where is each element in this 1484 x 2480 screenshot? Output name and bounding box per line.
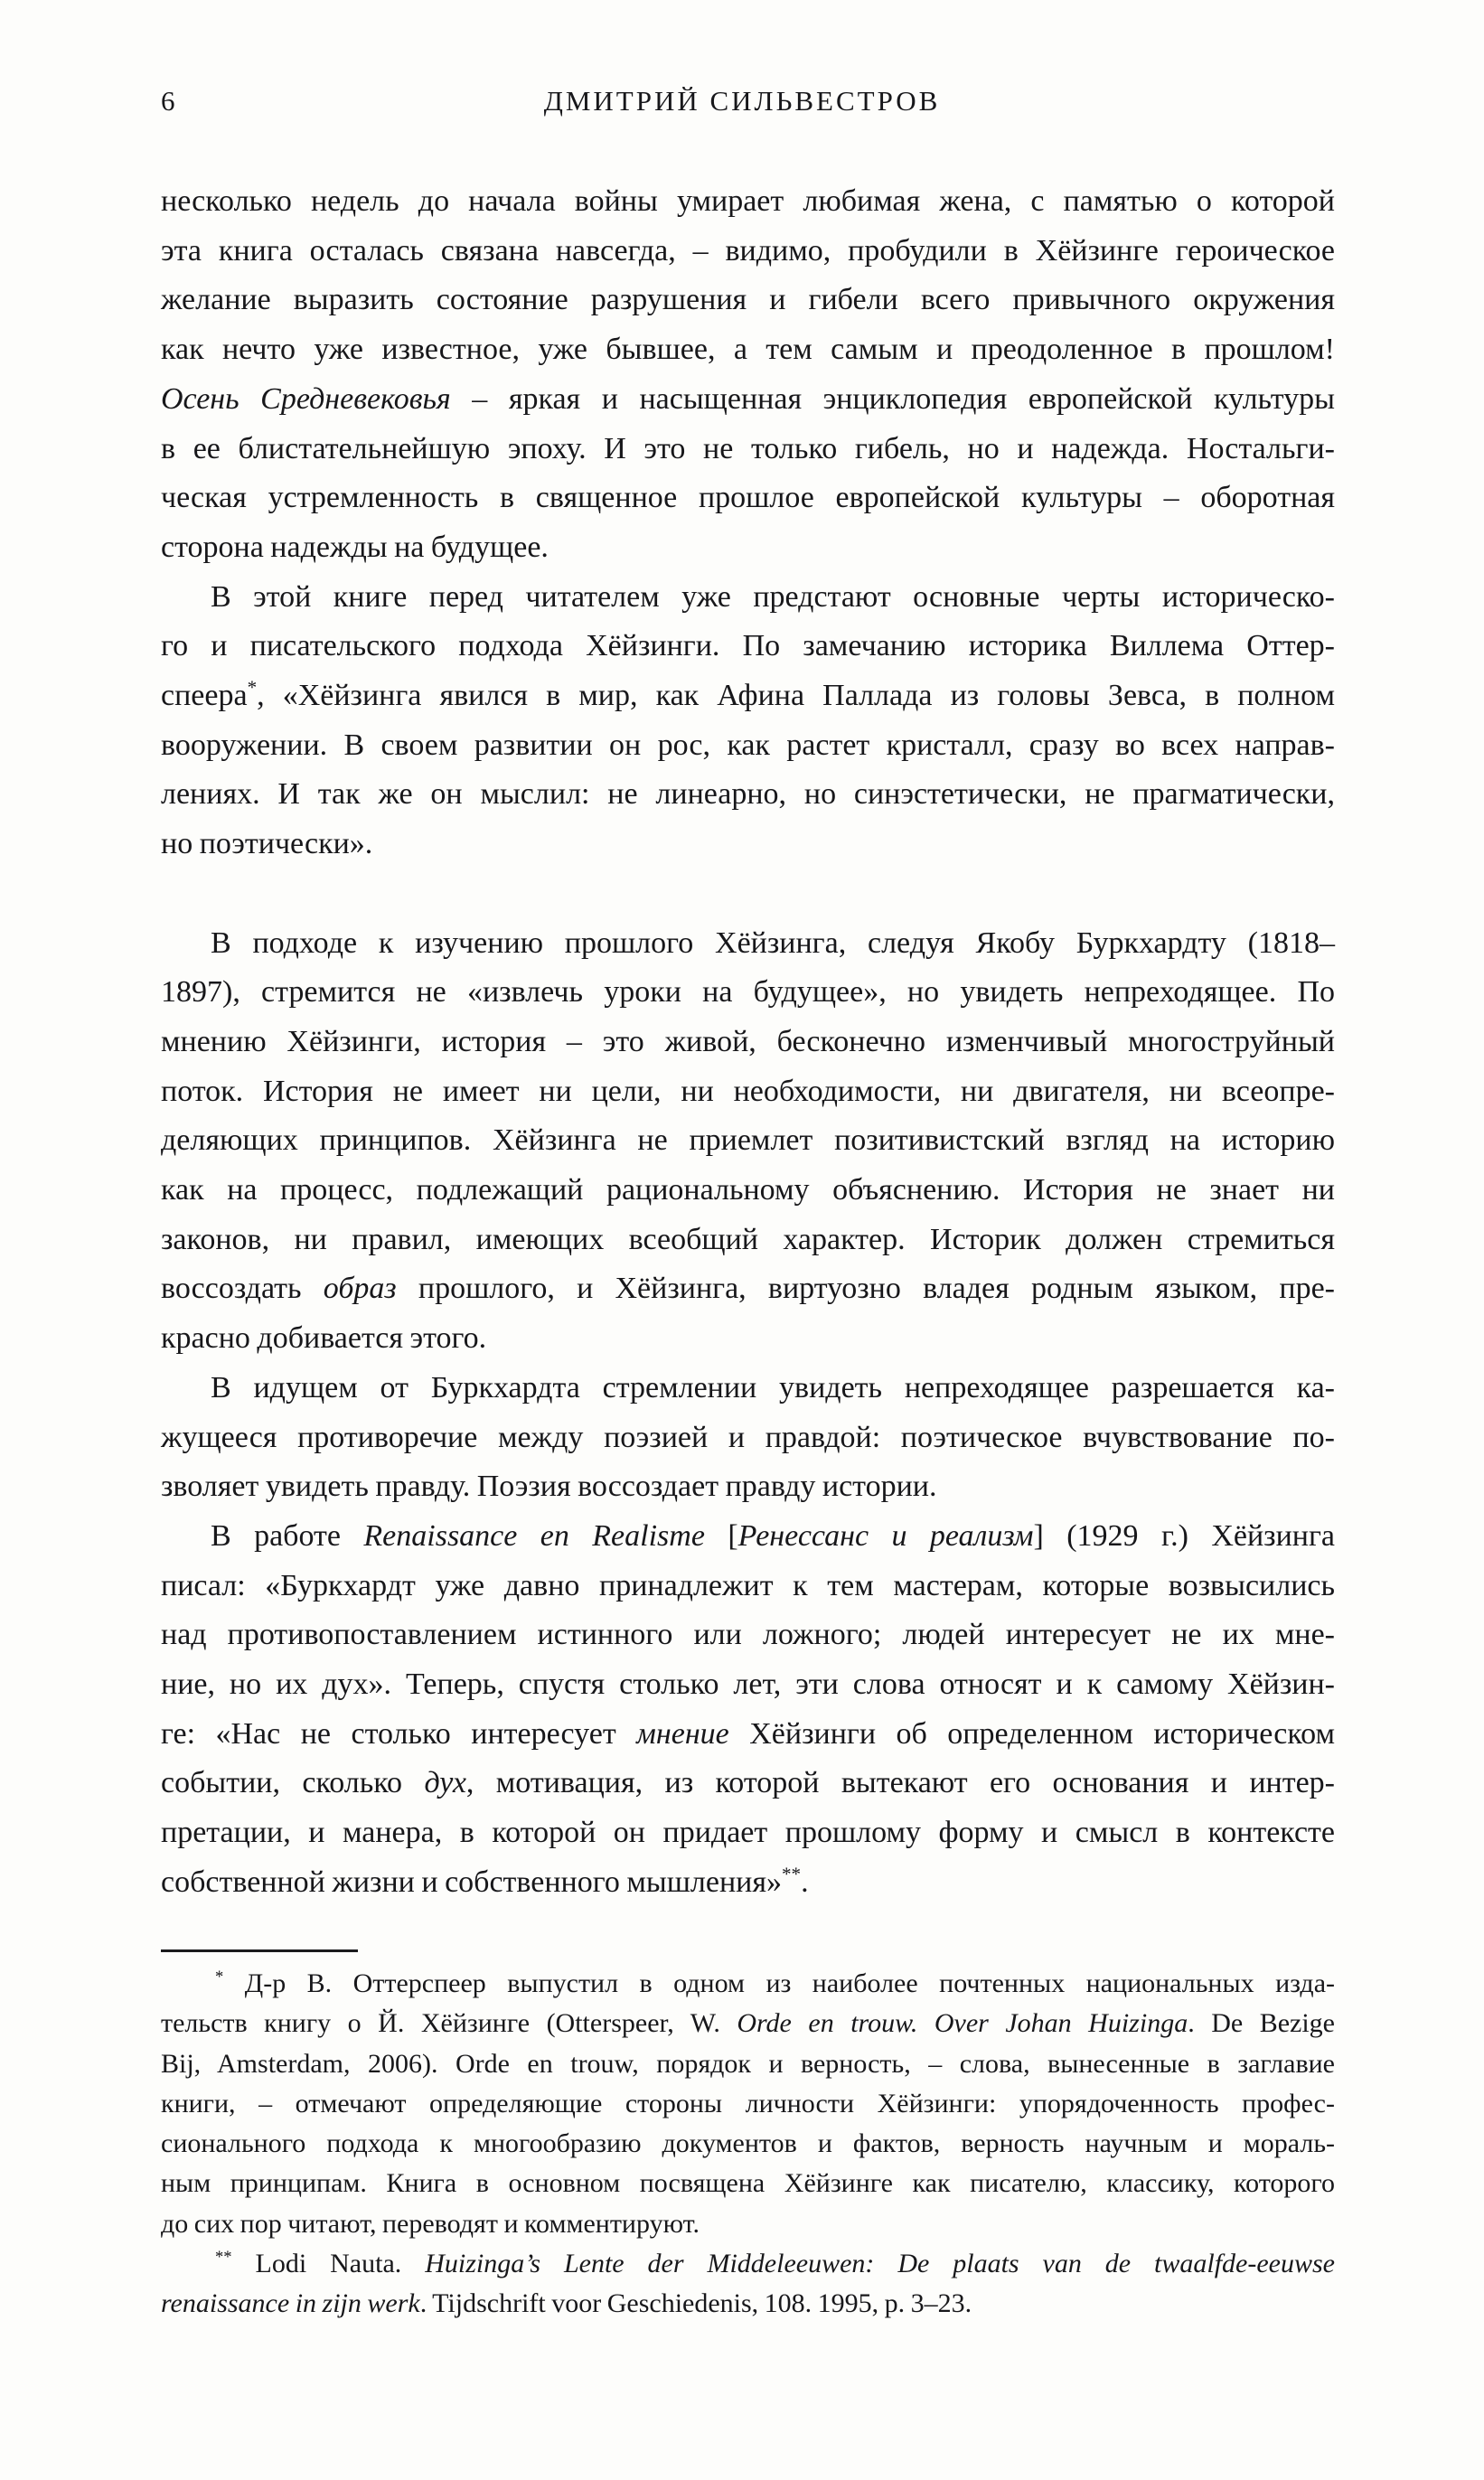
text-segment: дух — [424, 1766, 465, 1799]
text-segment: Huizinga’s Lente der Middeleeuwen: De pl… — [425, 2249, 1335, 2278]
text-line: событии, сколько дух, мотивация, из кото… — [161, 1759, 1335, 1808]
running-head: ДМИТРИЙ СИЛЬВЕСТРОВ — [0, 85, 1484, 117]
text-line: писал: «Буркхардт уже давно принадлежит … — [161, 1562, 1335, 1611]
text-line: несколько недель до начала войны умирает… — [161, 177, 1335, 227]
text-segment: В работе — [211, 1519, 363, 1553]
text-segment: воссоздать — [161, 1272, 324, 1305]
text-line: красно добивается этого. — [161, 1314, 1335, 1364]
text-line: собственной жизни и собственного мышлени… — [161, 1858, 1335, 1908]
text-segment: до сих пор читают, переводят и комментир… — [161, 2209, 700, 2239]
text-segment: В подходе к изучению прошлого Хёйзинга, … — [211, 926, 1335, 960]
text-line: сторона надежды на будущее. — [161, 523, 1335, 573]
text-segment: Осень Средневековья — [161, 382, 451, 416]
text-segment: В этой книге перед читателем уже предста… — [211, 580, 1335, 614]
text-segment: книги, – отмечают определяющие стороны л… — [161, 2089, 1335, 2118]
text-segment: писал: «Буркхардт уже давно принадлежит … — [161, 1569, 1335, 1602]
text-segment: го и писательского подхода Хёйзинги. По … — [161, 629, 1335, 662]
text-segment: Renaissance en Realisme — [363, 1519, 705, 1553]
text-line: над противопоставлением истинного или ло… — [161, 1611, 1335, 1660]
text-segment: красно добивается этого. — [161, 1321, 486, 1355]
text-segment: как на процесс, подлежащий рациональному… — [161, 1173, 1335, 1207]
paragraph: ** Lodi Nauta. Huizinga’s Lente der Midd… — [161, 2244, 1335, 2325]
text-segment: несколько недель до начала войны умирает… — [161, 184, 1335, 218]
footnote-marker: * — [215, 1968, 223, 1987]
paragraph: * Д-р В. Оттерспеер выпустил в одном из … — [161, 1964, 1335, 2244]
text-segment: Ренессанс и реализм — [738, 1519, 1034, 1553]
text-segment: сионального подхода к многообразию докум… — [161, 2128, 1335, 2158]
body-text: несколько недель до начала войны умирает… — [161, 177, 1335, 1908]
text-line: как нечто уже известное, уже бывшее, а т… — [161, 325, 1335, 375]
text-line: книги, – отмечают определяющие стороны л… — [161, 2084, 1335, 2124]
text-segment: ге: «Нас не столько интересует — [161, 1717, 636, 1751]
text-segment: . — [801, 1865, 809, 1899]
text-segment: сторона надежды на будущее. — [161, 531, 549, 564]
text-line: эта книга осталась связана навсегда, – в… — [161, 227, 1335, 277]
text-line: Bij, Amsterdam, 2006). Orde en trouw, по… — [161, 2044, 1335, 2084]
text-line: жущееся противоречие между поэзией и пра… — [161, 1414, 1335, 1463]
text-segment: вооружении. В своем развитии он рос, как… — [161, 728, 1335, 762]
text-segment: , «Хёйзинга явился в мир, как Афина Палл… — [257, 679, 1335, 712]
paragraph: В этой книге перед читателем уже предста… — [161, 573, 1335, 869]
text-segment: Bij, Amsterdam, 2006). Orde en trouw, по… — [161, 2049, 1335, 2079]
paragraph: В подходе к изучению прошлого Хёйзинга, … — [161, 919, 1335, 1364]
text-segment: эта книга осталась связана навсегда, – в… — [161, 234, 1335, 268]
text-line: лениях. И так же он мыслил: не линеарно,… — [161, 770, 1335, 820]
text-line: В подходе к изучению прошлого Хёйзинга, … — [161, 919, 1335, 969]
text-segment: как нечто уже известное, уже бывшее, а т… — [161, 333, 1335, 366]
text-segment: образ — [324, 1272, 397, 1305]
text-line: renaissance in zijn werk. Tijdschrift vo… — [161, 2284, 1335, 2324]
text-line: мнению Хёйзинги, история – это живой, бе… — [161, 1018, 1335, 1067]
text-segment: спеера — [161, 679, 248, 712]
text-segment: [ — [705, 1519, 738, 1553]
text-line: 1897), стремится не «извлечь уроки на бу… — [161, 968, 1335, 1018]
footnotes: * Д-р В. Оттерспеер выпустил в одном из … — [161, 1949, 1335, 2325]
text-line: до сих пор читают, переводят и комментир… — [161, 2204, 1335, 2244]
text-line: поток. История не имеет ни цели, ни необ… — [161, 1067, 1335, 1117]
text-line: ным принципам. Книга в основном посвящен… — [161, 2164, 1335, 2203]
text-segment: – яркая и насыщенная энциклопедия европе… — [451, 382, 1335, 416]
text-segment: событии, сколько — [161, 1766, 424, 1799]
text-line: претации, и манера, в которой он придает… — [161, 1808, 1335, 1858]
paragraph: В идущем от Буркхардта стремлении увидет… — [161, 1364, 1335, 1512]
text-segment: лениях. И так же он мыслил: не линеарно,… — [161, 777, 1335, 811]
text-line: спеера*, «Хёйзинга явился в мир, как Афи… — [161, 672, 1335, 721]
text-segment: В идущем от Буркхардта стремлении увидет… — [211, 1371, 1335, 1404]
text-segment: Д-р В. Оттерспеер выпустил в одном из на… — [223, 1968, 1335, 1998]
text-segment: 1897), стремится не «извлечь уроки на бу… — [161, 975, 1335, 1009]
text-line: тельств книгу о Й. Хёйзинге (Otterspeer,… — [161, 2004, 1335, 2043]
text-line: вооружении. В своем развитии он рос, как… — [161, 721, 1335, 771]
footnote-items: * Д-р В. Оттерспеер выпустил в одном из … — [161, 1964, 1335, 2325]
text-segment: прошлого, и Хёйзинга, виртуозно владея р… — [397, 1272, 1335, 1305]
text-line: зволяет увидеть правду. Поэзия воссоздае… — [161, 1462, 1335, 1512]
text-line: но поэтически». — [161, 820, 1335, 869]
paragraph: В работе Renaissance en Realisme [Ренесс… — [161, 1512, 1335, 1908]
text-line: воссоздать образ прошлого, и Хёйзинга, в… — [161, 1264, 1335, 1314]
text-line: В работе Renaissance en Realisme [Ренесс… — [161, 1512, 1335, 1562]
text-segment: тельств книгу о Й. Хёйзинге (Otterspeer,… — [161, 2008, 737, 2038]
text-segment: ным принципам. Книга в основном посвящен… — [161, 2168, 1335, 2198]
text-segment: законов, ни правил, имеющих всеобщий хар… — [161, 1223, 1335, 1256]
text-segment: мнению Хёйзинги, история – это живой, бе… — [161, 1025, 1335, 1058]
text-segment: собственной жизни и собственного мышлени… — [161, 1865, 782, 1899]
footnote-marker: ** — [782, 1864, 801, 1885]
text-segment: ческая устремленность в священное прошло… — [161, 481, 1335, 514]
text-line: В этой книге перед читателем уже предста… — [161, 573, 1335, 623]
text-segment: деляющих принципов. Хёйзинга не приемлет… — [161, 1123, 1335, 1157]
text-segment: Lodi Nauta. — [232, 2249, 426, 2278]
text-segment: . De Bezige — [1188, 2008, 1335, 2038]
text-line: Осень Средневековья – яркая и насыщенная… — [161, 375, 1335, 425]
text-line: ** Lodi Nauta. Huizinga’s Lente der Midd… — [161, 2244, 1335, 2284]
text-segment: renaissance in zijn werk — [161, 2288, 420, 2318]
text-segment: претации, и манера, в которой он придает… — [161, 1816, 1335, 1849]
text-line: сионального подхода к многообразию докум… — [161, 2124, 1335, 2164]
text-line: законов, ни правил, имеющих всеобщий хар… — [161, 1216, 1335, 1265]
text-line: ческая устремленность в священное прошло… — [161, 474, 1335, 523]
text-segment: Orde en trouw. Over Johan Huizinga — [737, 2008, 1188, 2038]
text-segment: в ее блистательнейшую эпоху. И это не то… — [161, 432, 1335, 465]
paragraph: несколько недель до начала войны умирает… — [161, 177, 1335, 573]
footnote-marker: ** — [215, 2248, 232, 2267]
footnote-marker: * — [248, 677, 258, 699]
text-segment: мнение — [636, 1717, 729, 1751]
text-segment: . Tijdschrift voor Geschiedenis, 108. 19… — [420, 2288, 972, 2318]
text-segment: жущееся противоречие между поэзией и пра… — [161, 1421, 1335, 1454]
text-line: ние, но их дух». Теперь, спустя столько … — [161, 1660, 1335, 1710]
text-line: как на процесс, подлежащий рациональному… — [161, 1166, 1335, 1216]
text-segment: поток. История не имеет ни цели, ни необ… — [161, 1075, 1335, 1108]
footnote-separator — [161, 1949, 358, 1952]
book-page: 6 ДМИТРИЙ СИЛЬВЕСТРОВ несколько недель д… — [0, 0, 1484, 2480]
text-segment: зволяет увидеть правду. Поэзия воссоздае… — [161, 1470, 936, 1503]
text-segment: Хёйзинги об определенном историческом — [729, 1717, 1335, 1751]
text-segment: но поэтически». — [161, 827, 372, 860]
text-line: в ее блистательнейшую эпоху. И это не то… — [161, 425, 1335, 474]
text-segment: ние, но их дух». Теперь, спустя столько … — [161, 1667, 1335, 1701]
text-segment: , мотивация, из которой вытекают его осн… — [466, 1766, 1335, 1799]
text-segment: над противопоставлением истинного или ло… — [161, 1618, 1335, 1651]
text-segment: ] (1929 г.) Хёйзинга — [1034, 1519, 1336, 1553]
text-line: деляющих принципов. Хёйзинга не приемлет… — [161, 1116, 1335, 1166]
text-line: * Д-р В. Оттерспеер выпустил в одном из … — [161, 1964, 1335, 2004]
text-line: ге: «Нас не столько интересует мнение Хё… — [161, 1710, 1335, 1760]
text-segment: желание выразить состояние разрушения и … — [161, 283, 1335, 316]
text-line: желание выразить состояние разрушения и … — [161, 276, 1335, 325]
text-line: В идущем от Буркхардта стремлении увидет… — [161, 1364, 1335, 1414]
text-line: го и писательского подхода Хёйзинги. По … — [161, 622, 1335, 672]
